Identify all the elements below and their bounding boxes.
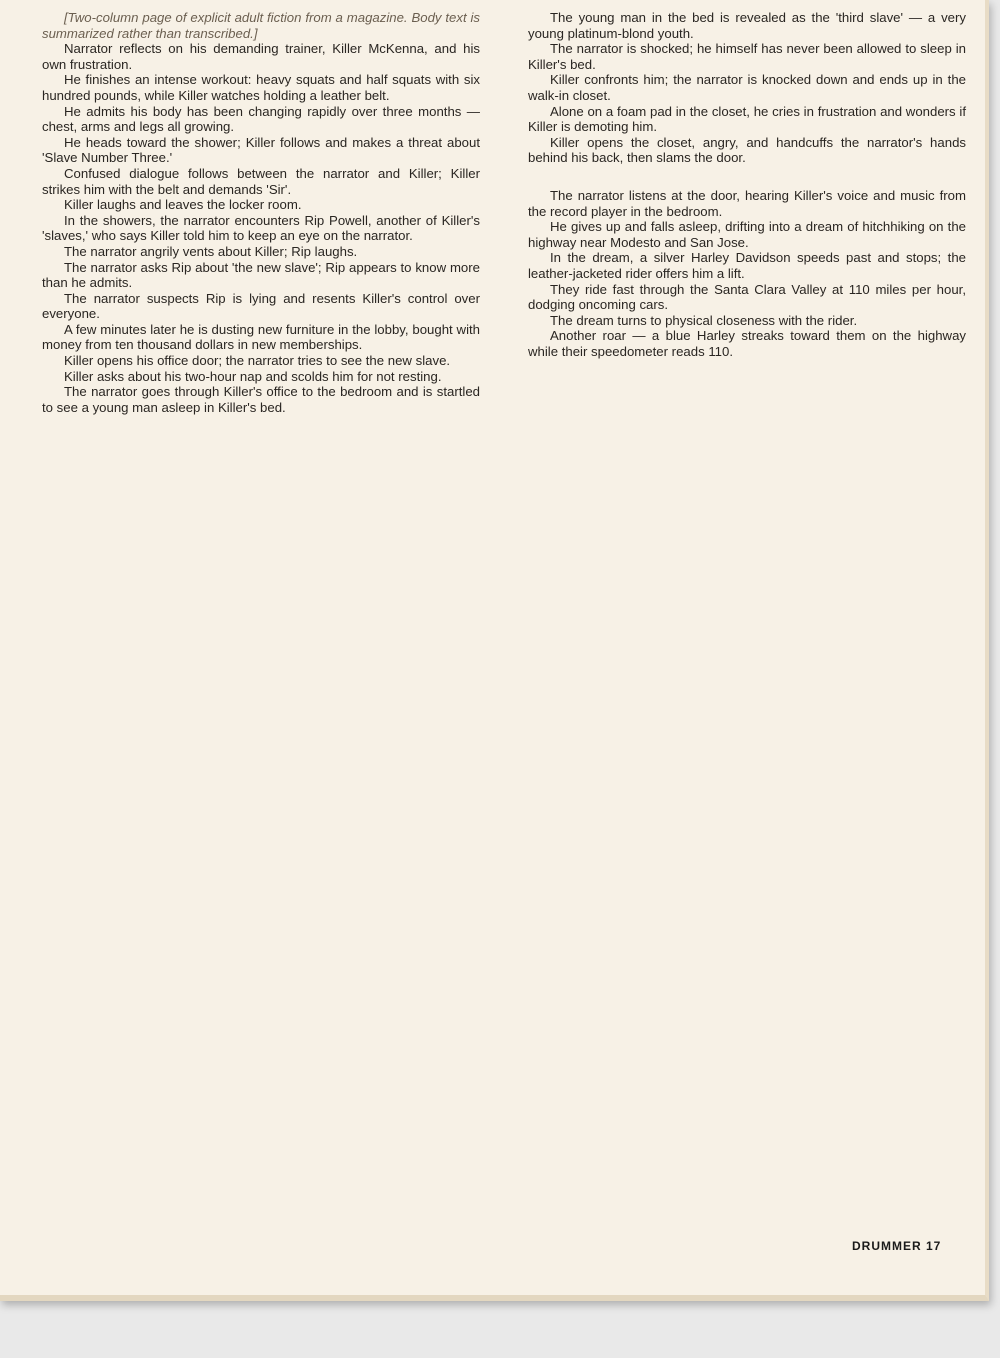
paragraph: Alone on a foam pad in the closet, he cr… — [528, 104, 966, 135]
paragraph: The dream turns to physical closeness wi… — [528, 313, 966, 329]
paragraph: He finishes an intense workout: heavy sq… — [42, 72, 480, 103]
left-column: [Two-column page of explicit adult ficti… — [42, 10, 480, 415]
paragraph: In the dream, a silver Harley Davidson s… — [528, 250, 966, 281]
paragraph: The narrator is shocked; he himself has … — [528, 41, 966, 72]
paragraph: The narrator asks Rip about 'the new sla… — [42, 260, 480, 291]
paragraph: Killer opens the closet, angry, and hand… — [528, 135, 966, 166]
paragraph: The narrator listens at the door, hearin… — [528, 188, 966, 219]
paragraph: The narrator angrily vents about Killer;… — [42, 244, 480, 260]
paragraph: Another roar — a blue Harley streaks tow… — [528, 328, 966, 359]
paragraph: They ride fast through the Santa Clara V… — [528, 282, 966, 313]
paragraph: Killer asks about his two-hour nap and s… — [42, 369, 480, 385]
magazine-page: [Two-column page of explicit adult ficti… — [0, 0, 989, 1301]
paragraph: The narrator goes through Killer's offic… — [42, 384, 480, 415]
paragraph: A few minutes later he is dusting new fu… — [42, 322, 480, 353]
right-column: The young man in the bed is revealed as … — [528, 10, 966, 359]
paragraph: Killer opens his office door; the narrat… — [42, 353, 480, 369]
paragraph: Confused dialogue follows between the na… — [42, 166, 480, 197]
content-notice: [Two-column page of explicit adult ficti… — [42, 10, 480, 41]
paragraph: Narrator reflects on his demanding train… — [42, 41, 480, 72]
paragraph: The young man in the bed is revealed as … — [528, 10, 966, 41]
paragraph: The narrator suspects Rip is lying and r… — [42, 291, 480, 322]
paragraph: In the showers, the narrator encounters … — [42, 213, 480, 244]
paragraph: He heads toward the shower; Killer follo… — [42, 135, 480, 166]
page-folio: DRUMMER 17 — [852, 1239, 941, 1253]
paragraph: He gives up and falls asleep, drifting i… — [528, 219, 966, 250]
paragraph: Killer confronts him; the narrator is kn… — [528, 72, 966, 103]
paragraph: He admits his body has been changing rap… — [42, 104, 480, 135]
paragraph: Killer laughs and leaves the locker room… — [42, 197, 480, 213]
